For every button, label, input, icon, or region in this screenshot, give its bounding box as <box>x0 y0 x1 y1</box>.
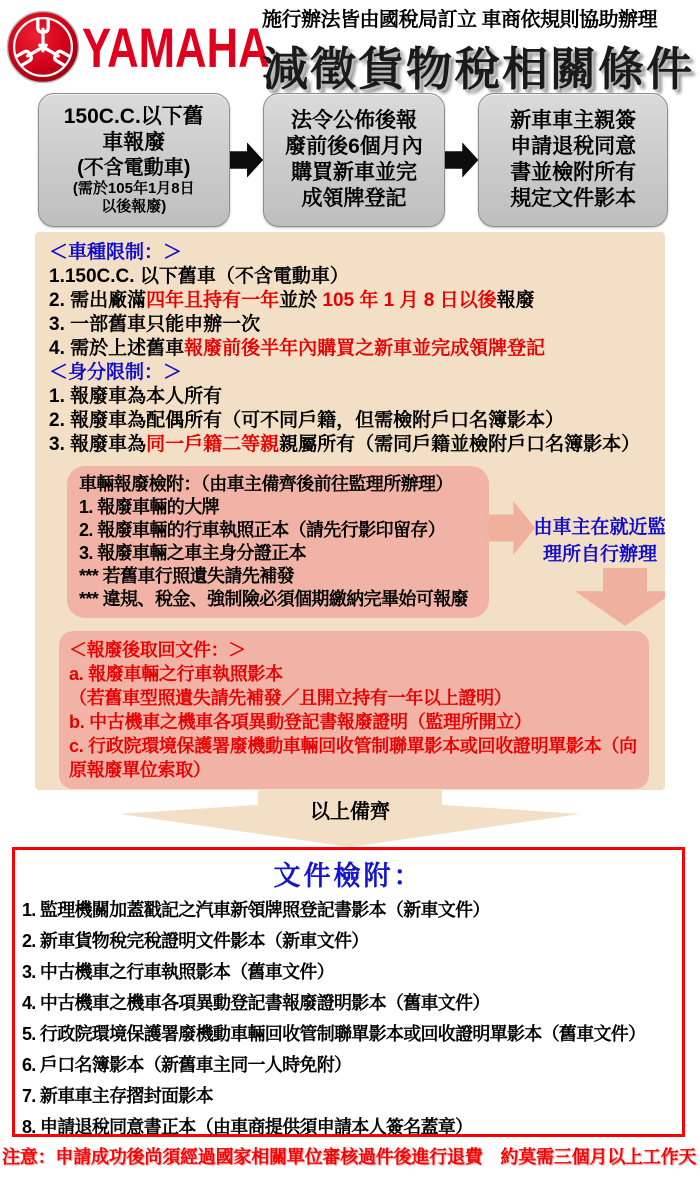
vehicle-limit-item: 1.150C.C. 以下舊車（不含電動車） <box>49 265 665 289</box>
flow-step-3-line: 新車車主親簽 <box>510 108 636 134</box>
document-item: 6. 戶口名簿影本（新舊車主同一人時免附） <box>15 1050 682 1081</box>
flow-step-2-line: 法令公佈後報 <box>291 108 417 134</box>
flow-step-2-line: 成領牌登記 <box>301 186 406 212</box>
identity-limit-heading: ＜身分限制：＞ <box>49 361 665 385</box>
text-segment: 2. 需出廠滿 <box>49 290 146 311</box>
scrap-checklist-item: 1. 報廢車輛的大牌 <box>79 496 489 519</box>
vehicle-limit-item: 3. 一部舊車只能申辦一次 <box>49 313 665 337</box>
retrieve-item-note: （若舊車型照遺失請先補發／且開立持有一年以上證明） <box>69 686 639 710</box>
flow-step-1-line: (需於105年1月8日 <box>73 180 195 198</box>
flow-steps: 150C.C.以下舊 車報廢 (不含電動車) (需於105年1月8日 以後報廢)… <box>38 92 668 228</box>
flow-step-3-line: 申請退稅同意 <box>510 134 636 160</box>
scrap-checklist-note: *** 違規、稅金、強制險必須個期繳納完畢始可報廢 <box>79 588 489 611</box>
limits-section: ＜車種限制：＞ 1.150C.C. 以下舊車（不含電動車） 2. 需出廠滿四年且… <box>35 232 665 457</box>
page-title: 減徵貨物稅相關條件 <box>262 33 698 99</box>
text-segment: 3. 報廢車為 <box>49 434 146 455</box>
flow-step-2: 法令公佈後報 廢前後6個月內 購買新車並完 成領牌登記 <box>263 93 445 227</box>
flow-step-3-line: 書並檢附所有 <box>510 160 636 186</box>
yamaha-tuning-fork-icon <box>6 10 80 84</box>
identity-limit-item: 1. 報廢車為本人所有 <box>49 385 665 409</box>
document-item: 2. 新車貨物稅完稅證明文件影本（新車文件） <box>15 926 682 957</box>
retrieve-item: a. 報廢車輛之行車執照影本 <box>69 662 639 686</box>
process-arrow-right-icon <box>487 500 535 556</box>
header-subtitle: 施行辦法皆由國稅局訂立 車商依規則協助辦理 <box>262 3 698 32</box>
page: YAMAHA 施行辦法皆由國稅局訂立 車商依規則協助辦理 減徵貨物稅相關條件 1… <box>0 0 700 1200</box>
flow-step-1-line: 以後報廢) <box>101 198 166 216</box>
flow-arrow-right-icon <box>445 140 479 180</box>
flow-step-1: 150C.C.以下舊 車報廢 (不含電動車) (需於105年1月8日 以後報廢) <box>38 93 230 227</box>
vehicle-limit-item: 4. 需於上述舊車報廢前後半年內購買之新車並完成領牌登記 <box>49 337 665 361</box>
documents-box: 文件檢附： 1. 監理機關加蓋戳記之汽車新領牌照登記書影本（新車文件） 2. 新… <box>12 847 685 1137</box>
document-item: 7. 新車車主存摺封面影本 <box>15 1081 682 1112</box>
scrap-checklist-note: *** 若舊車行照遺失請先補發 <box>79 565 489 588</box>
retrieve-item: c. 行政院環境保護署廢機動車輛回收管制聯單影本或回收證明單影本（向原報廢單位索… <box>69 734 639 782</box>
flow-step-1-line: 150C.C.以下舊 <box>64 104 204 130</box>
document-item: 1. 監理機關加蓋戳記之汽車新領牌照登記書影本（新車文件） <box>15 895 682 926</box>
diy-registration-note: 由車主在就近監 理所自行辦理 <box>531 514 665 568</box>
flow-step-1-line: (不含電動車) <box>77 156 190 180</box>
footer-note: 注意：申請成功後尚須經過國家相關單位審核過件後進行退費 約莫需三個月以上工作天 <box>2 1143 700 1169</box>
scrap-checklist-heading: 車輛報廢檢附：（由車主備齊後前往監理所辦理） <box>79 473 489 496</box>
flow-step-1-line: 車報廢 <box>102 130 165 156</box>
document-item: 4. 中古機車之機車各項異動登記書報廢證明影本（舊車文件） <box>15 988 682 1019</box>
vehicle-limit-item: 2. 需出廠滿四年且持有一年並於 105 年 1 月 8 日以後報廢 <box>49 289 665 313</box>
flow-step-2-line: 購買新車並完 <box>291 160 417 186</box>
conditions-panel: ＜車種限制：＞ 1.150C.C. 以下舊車（不含電動車） 2. 需出廠滿四年且… <box>35 232 665 790</box>
identity-limit-item: 3. 報廢車為同一戶籍二等親親屬所有（需同戶籍並檢附戶口名簿影本） <box>49 433 665 457</box>
retrieve-item: b. 中古機車之機車各項異動登記書報廢證明（監理所開立） <box>69 710 639 734</box>
scrap-checklist-item: 3. 報廢車輛之車主身分證正本 <box>79 542 489 565</box>
retrieve-heading: ＜報廢後取回文件：＞ <box>69 638 639 662</box>
scrap-checklist-item: 2. 報廢車輛的行車執照正本（請先行影印留存） <box>79 519 489 542</box>
text-segment-red: 105 年 1 月 8 日以後 <box>322 290 496 311</box>
flow-step-2-line: 廢前後6個月內 <box>285 134 423 160</box>
text-segment: 4. 需於上述舊車 <box>49 338 184 359</box>
diy-registration-note-line: 理所自行辦理 <box>531 541 665 568</box>
vehicle-limit-heading: ＜車種限制：＞ <box>49 241 665 265</box>
scrap-checklist-box: 車輛報廢檢附：（由車主備齊後前往監理所辦理） 1. 報廢車輛的大牌 2. 報廢車… <box>67 466 489 618</box>
brand-wordmark: YAMAHA <box>82 15 270 80</box>
text-segment-red: 同一戶籍二等親 <box>146 434 279 455</box>
retrieve-documents-box: ＜報廢後取回文件：＞ a. 報廢車輛之行車執照影本 （若舊車型照遺失請先補發／且… <box>59 631 649 789</box>
header: YAMAHA 施行辦法皆由國稅局訂立 車商依規則協助辦理 減徵貨物稅相關條件 <box>0 0 700 90</box>
document-item: 5. 行政院環境保護署廢機動車輛回收管制聯單影本或回收證明單影本（舊車文件） <box>15 1019 682 1050</box>
document-item: 8. 申請退稅同意書正本（由車商提供須申請本人簽名蓋章） <box>15 1112 682 1137</box>
identity-limit-item: 2. 報廢車為配偶所有（可不同戶籍，但需檢附戶口名簿影本） <box>49 409 665 433</box>
text-segment: 並於 <box>279 290 322 311</box>
ready-label: 以上備齊 <box>0 795 700 824</box>
text-segment: 報廢 <box>497 290 535 311</box>
process-arrow-down-icon <box>575 568 665 626</box>
document-item: 3. 中古機車之行車執照影本（舊車文件） <box>15 957 682 988</box>
header-text-block: 施行辦法皆由國稅局訂立 車商依規則協助辦理 減徵貨物稅相關條件 <box>262 3 698 99</box>
flow-arrow-right-icon <box>230 140 264 180</box>
text-segment-red: 報廢前後半年內購買之新車並完成領牌登記 <box>184 338 545 359</box>
diy-registration-note-line: 由車主在就近監 <box>531 514 665 541</box>
documents-title: 文件檢附： <box>15 854 682 893</box>
flow-step-3: 新車車主親簽 申請退稅同意 書並檢附所有 規定文件影本 <box>478 93 668 227</box>
text-segment: 親屬所有（需同戶籍並檢附戶口名簿影本） <box>279 434 640 455</box>
flow-step-3-line: 規定文件影本 <box>510 186 636 212</box>
text-segment-red: 四年且持有一年 <box>146 290 279 311</box>
